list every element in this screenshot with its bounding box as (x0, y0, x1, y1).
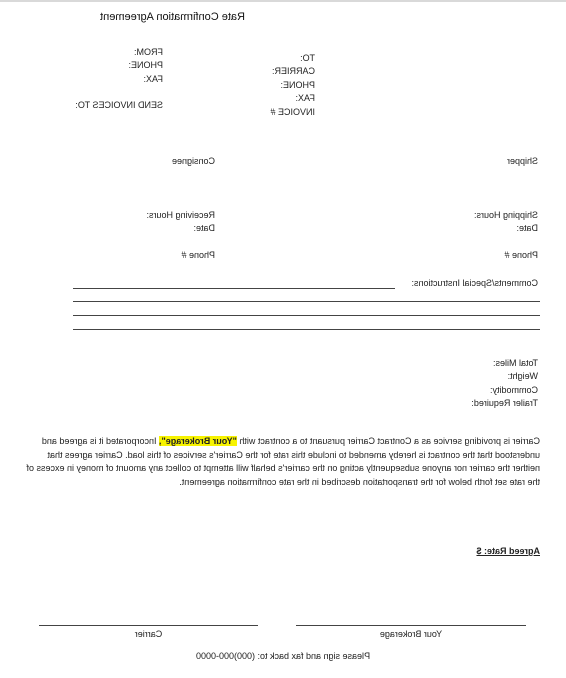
from-fax-label: FAX: (128, 73, 163, 86)
shipper-date-label: Date: (516, 222, 538, 235)
from-label: FROM: (128, 46, 163, 59)
comments-line-1[interactable] (73, 288, 395, 289)
document-title: Rate Confirmation Agreement (100, 11, 245, 24)
weight-label: Weight: (471, 370, 538, 383)
terms-text-start: Carrier is providing service as a Contra… (237, 436, 540, 446)
carrier-signature-label: Carrier (39, 628, 258, 641)
agreed-rate-label: Agreed Rate: $ (476, 545, 540, 558)
carrier-signature-line[interactable] (39, 625, 258, 626)
shipper-heading: Shipper (507, 155, 538, 168)
send-invoices-to-label: SEND INVOICES TO: (75, 99, 163, 112)
comments-line-4[interactable] (73, 329, 540, 330)
comments-line-3[interactable] (73, 315, 540, 316)
to-phone-label: PHONE: (270, 79, 315, 92)
brokerage-signature-label: Your Brokerage (296, 628, 526, 641)
to-fax-label: FAX: (270, 92, 315, 105)
brokerage-highlight: "Your Brokerage", (159, 436, 237, 446)
consignee-phone-label: Phone # (181, 249, 215, 262)
to-label: TO: (270, 52, 315, 65)
from-phone-label: PHONE: (128, 59, 163, 72)
comments-line-2[interactable] (73, 301, 540, 302)
trailer-required-label: Trailer Required: (471, 397, 538, 410)
shipper-phone-label: Phone # (504, 249, 538, 262)
shipping-hours-label: Shipping Hours: (474, 209, 538, 222)
carrier-label: CARRIER: (270, 65, 315, 78)
commodity-label: Commodity: (471, 384, 538, 397)
consignee-heading: Consignee (172, 155, 215, 168)
brokerage-signature-line[interactable] (296, 625, 526, 626)
top-border (0, 0, 566, 2)
invoice-number-label: INVOICE # (270, 106, 315, 119)
terms-paragraph: Carrier is providing service as a Contra… (25, 435, 540, 489)
receiving-hours-label: Receiving Hours: (146, 209, 215, 222)
consignee-date-label: Date: (193, 222, 215, 235)
comments-label: Comments/Special Instructions: (411, 277, 538, 290)
rate-confirmation-page: Rate Confirmation Agreement FROM: PHONE:… (0, 0, 566, 678)
total-miles-label: Total Miles: (471, 357, 538, 370)
fax-back-note: Please sign and fax back to: (000)000-00… (0, 650, 566, 663)
to-block: TO: CARRIER: PHONE: FAX: INVOICE # (270, 52, 315, 119)
load-details: Total Miles: Weight: Commodity: Trailer … (471, 357, 538, 411)
from-block: FROM: PHONE: FAX: (128, 46, 163, 86)
